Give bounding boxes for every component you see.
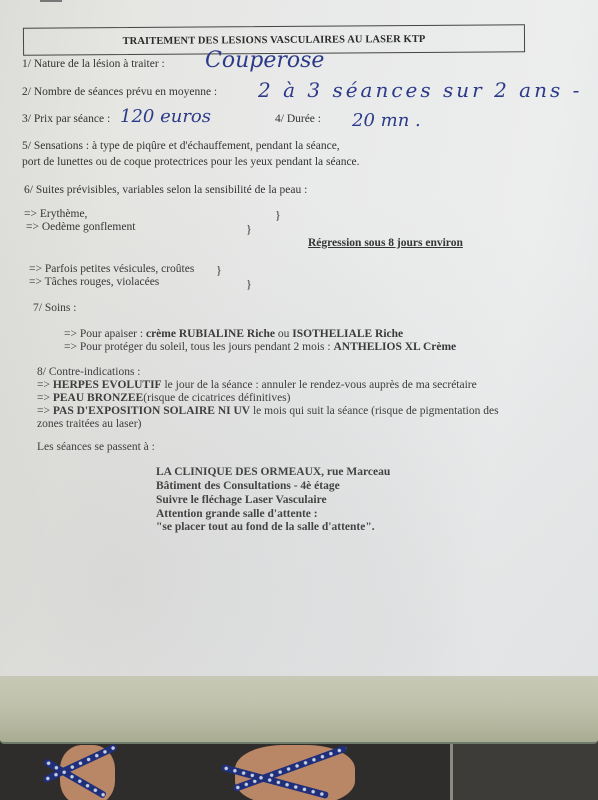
- q6-item-vesicules: => Parfois petites vésicules, croûtes: [29, 263, 194, 275]
- q8-item-exposition-cont: zones traitées au laser): [37, 418, 141, 430]
- q3-handwritten-answer: 120 euros: [120, 106, 211, 127]
- q6-regression-note: Régression sous 8 jours environ: [308, 237, 463, 249]
- q6-item-taches: => Tâches rouges, violacées: [29, 276, 159, 288]
- location-line-building: Bâtiment des Consultations - 4è étage: [156, 480, 340, 492]
- q8-item-exposition: => PAS D'EXPOSITION SOLAIRE NI UV le moi…: [37, 405, 499, 417]
- tile-grout: [450, 742, 453, 800]
- clipboard-edge: [0, 676, 598, 744]
- brace: }: [216, 263, 222, 278]
- floor-tile: [453, 742, 598, 800]
- location-line-instruction: "se placer tout au fond de la salle d'at…: [156, 521, 375, 533]
- q6-item-oedeme: => Oedème gonflement: [26, 221, 135, 233]
- q1-label: 1/ Nature de la lésion à traiter :: [22, 58, 165, 70]
- q7-item-soleil: => Pour protéger du soleil, tous les jou…: [64, 341, 456, 353]
- q1-handwritten-answer: Couperose: [205, 48, 324, 73]
- brace: }: [275, 208, 281, 223]
- q8-item-peau: => PEAU BRONZEE(risque de cicatrices déf…: [37, 392, 290, 404]
- location-intro: Les séances se passent à :: [37, 441, 155, 453]
- q5-line1: 5/ Sensations : à type de piqûre et d'éc…: [22, 140, 340, 152]
- q8-item-herpes: => HERPES EVOLUTIF le jour de la séance …: [37, 379, 477, 391]
- q3-label: 3/ Prix par séance :: [22, 113, 110, 125]
- q6-item-erytheme: => Erythème,: [24, 208, 87, 220]
- q8-label: 8/ Contre-indications :: [37, 366, 140, 378]
- q4-label: 4/ Durée :: [275, 113, 321, 125]
- location-line-clinic: LA CLINIQUE DES ORMEAUX, rue Marceau: [156, 466, 390, 478]
- location-line-signage: Suivre le fléchage Laser Vasculaire: [156, 494, 327, 506]
- q7-item-apaiser: => Pour apaiser : crème RUBIALINE Riche …: [64, 328, 403, 340]
- document-title: TRAITEMENT DES LESIONS VASCULAIRES AU LA…: [123, 33, 426, 46]
- q2-handwritten-answer: 2 à 3 séances sur 2 ans -: [258, 78, 582, 102]
- q5-line2: port de lunettes ou de coque protectrice…: [22, 156, 360, 168]
- q7-label: 7/ Soins :: [33, 302, 76, 314]
- brace: }: [246, 277, 252, 292]
- paper-edge: [40, 0, 62, 2]
- location-line-attention: Attention grande salle d'attente :: [156, 508, 318, 520]
- document-sheet: TRAITEMENT DES LESIONS VASCULAIRES AU LA…: [0, 0, 598, 684]
- q4-handwritten-answer: 20 mn .: [352, 110, 421, 131]
- q2-label: 2/ Nombre de séances prévu en moyenne :: [22, 86, 217, 98]
- brace: }: [246, 222, 252, 237]
- q6-label: 6/ Suites prévisibles, variables selon l…: [24, 184, 307, 196]
